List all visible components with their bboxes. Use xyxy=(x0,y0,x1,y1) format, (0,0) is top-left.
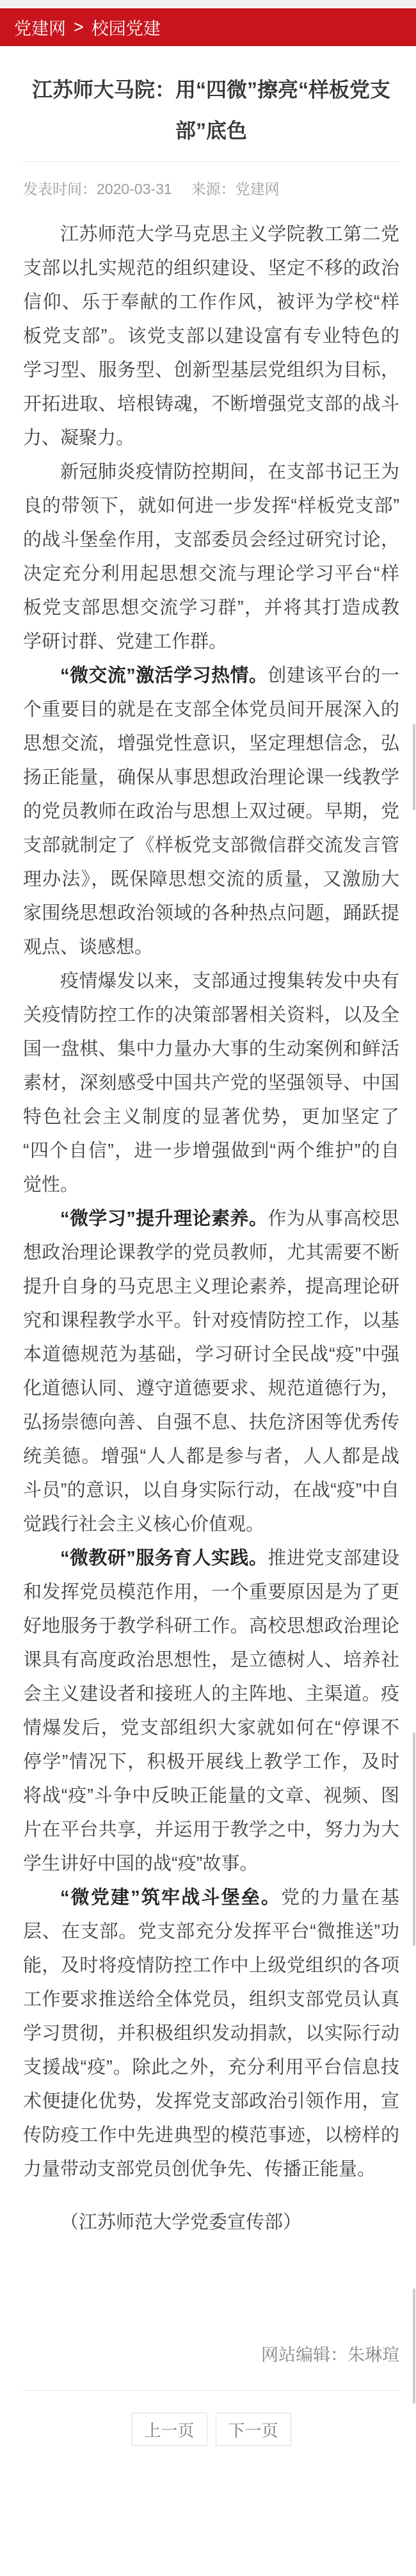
scrollbar-thumb[interactable] xyxy=(413,724,415,810)
article-body: 江苏师范大学马克思主义学院教工第二党支部以扎实规范的组织建设、坚定不移的政治信仰… xyxy=(23,218,399,2187)
paragraph-lead: “微党建”筑牢战斗堡垒。 xyxy=(60,1887,281,1908)
pagination: 上一页 下一页 xyxy=(23,2413,399,2461)
article-paragraph: 江苏师范大学马克思主义学院教工第二党支部以扎实规范的组织建设、坚定不移的政治信仰… xyxy=(23,218,399,455)
article-signature-wrap: （江苏师范大学党委宣传部） xyxy=(23,2206,399,2240)
breadcrumb-home[interactable]: 党建网 xyxy=(14,15,66,40)
paragraph-lead: “微学习”提升理论素养。 xyxy=(60,1209,268,1229)
publish-time-label: 发表时间： xyxy=(23,181,97,197)
article-paragraph: 新冠肺炎疫情防控期间，在支部书记王为良的带领下，就如何进一步发挥“样板党支部”的… xyxy=(23,455,399,659)
source-label: 来源： xyxy=(191,181,236,197)
article-container: 江苏师大马院：用“四微”擦亮“样板党支部”底色 发表时间：2020-03-31来… xyxy=(0,69,416,2461)
publish-date: 2020-03-31 xyxy=(97,181,172,197)
next-page-button[interactable]: 下一页 xyxy=(216,2413,291,2446)
breadcrumb-section[interactable]: 校园党建 xyxy=(92,15,161,40)
page: 党建网 > 校园党建 江苏师大马院：用“四微”擦亮“样板党支部”底色 发表时间：… xyxy=(0,0,416,2576)
editor-label: 网站编辑： xyxy=(261,2345,348,2365)
editor-line: 网站编辑：朱琳瑄 xyxy=(23,2341,399,2366)
top-strip xyxy=(0,0,416,8)
footer-divider xyxy=(23,2390,399,2391)
article-meta: 发表时间：2020-03-31来源：党建网 xyxy=(23,177,399,199)
article-signature: （江苏师范大学党委宣传部） xyxy=(23,2206,399,2240)
scrollbar-thumb[interactable] xyxy=(413,1732,415,1946)
source-name: 党建网 xyxy=(236,181,280,197)
title-divider xyxy=(23,161,399,162)
article-paragraph: 疫情爆发以来，支部通过搜集转发中央有关疫情防控工作的决策部署相关资料，以及全国一… xyxy=(23,965,399,1202)
article-title: 江苏师大马院：用“四微”擦亮“样板党支部”底色 xyxy=(27,69,396,151)
article-paragraph: “微交流”激活学习热情。创建该平台的一个重要目的就是在支部全体党员间开展深入的思… xyxy=(23,659,399,965)
article-paragraph: “微教研”服务育人实践。推进党支部建设和发挥党员模范作用，一个重要原因是为了更好… xyxy=(23,1542,399,1881)
article-paragraph: “微党建”筑牢战斗堡垒。党的力量在基层、在支部。党支部充分发挥平台“微推送”功能… xyxy=(23,1881,399,2187)
paragraph-lead: “微教研”服务育人实践。 xyxy=(60,1548,268,1569)
breadcrumb-bar: 党建网 > 校园党建 xyxy=(0,8,416,46)
editor-name: 朱琳瑄 xyxy=(348,2345,399,2365)
prev-page-button[interactable]: 上一页 xyxy=(132,2413,207,2446)
paragraph-lead: “微交流”激活学习热情。 xyxy=(60,665,268,686)
breadcrumb-separator: > xyxy=(74,17,84,37)
article-paragraph: “微学习”提升理论素养。作为从事高校思想政治理论课教学的党员教师，尤其需要不断提… xyxy=(23,1202,399,1542)
scrollbar-thumb[interactable] xyxy=(413,2288,415,2404)
